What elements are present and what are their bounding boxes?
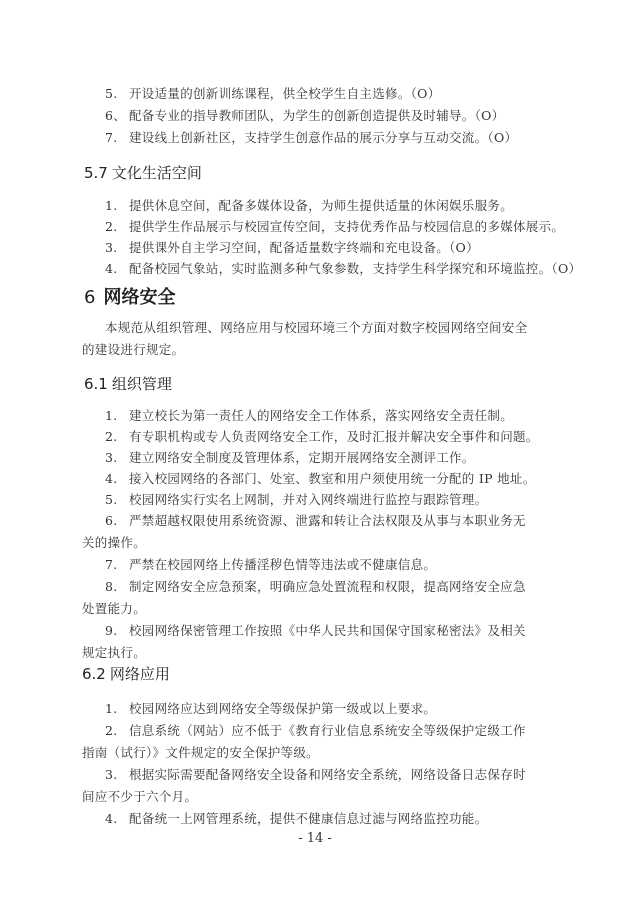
item-text: 严禁超越权限使用系统资源、泄露和转让合法权限及从事与本职业务无 <box>129 513 526 528</box>
chapter-title: 网络安全 <box>103 287 175 308</box>
list-item: 4.接入校园网络的各部门、处室、教室和用户须使用统一分配的 IP 地址。 <box>105 471 536 487</box>
item-text: 严禁在校园网络上传播淫秽色情等违法或不健康信息。 <box>129 557 436 572</box>
item-number: 1. <box>105 408 129 424</box>
list-item: 3.根据实际需要配备网络安全设备和网络安全系统，网络设备日志保存时 <box>105 767 526 783</box>
section-heading-5-7: 5.7文化生活空间 <box>84 164 202 182</box>
list-item: 2.有专职机构或专人负责网络安全工作，及时汇报并解决安全事件和问题。 <box>105 429 539 445</box>
item-number: 3. <box>105 450 129 466</box>
item-text: 配备统一上网管理系统，提供不健康信息过滤与网络监控功能。 <box>129 811 487 826</box>
item-number: 4. <box>105 811 129 827</box>
item-text: 建立校长为第一责任人的网络安全工作体系，落实网络安全责任制。 <box>129 408 513 423</box>
list-item-continuation: 间应不少于六个月。 <box>82 789 197 805</box>
section-number: 5.7 <box>84 164 108 182</box>
chapter-number: 6 <box>84 287 95 308</box>
list-item: 1.提供休息空间，配备多媒体设备，为师生提供适量的休闲娱乐服务。 <box>105 198 513 214</box>
list-item: 2.信息系统（网站）应不低于《教育行业信息系统安全等级保护定级工作 <box>105 723 526 739</box>
item-text: 开设适量的创新训练课程，供全校学生自主选修。（O） <box>129 86 441 101</box>
item-number: 3. <box>105 240 129 256</box>
list-item: 7.建设线上创新社区，支持学生创意作品的展示分享与互动交流。（O） <box>105 130 517 146</box>
item-number: 5. <box>105 86 129 102</box>
list-item: 6.严禁超越权限使用系统资源、泄露和转让合法权限及从事与本职业务无 <box>105 513 526 529</box>
item-text: 提供学生作品展示与校园宣传空间，支持优秀作品与校园信息的多媒体展示。 <box>129 219 564 234</box>
item-text: 提供课外自主学习空间，配备适量数字终端和充电设备。（O） <box>129 240 479 255</box>
list-item: 4.配备校园气象站，实时监测多种气象参数，支持学生科学探究和环境监控。（O） <box>105 261 581 277</box>
item-number: 4. <box>105 261 129 277</box>
section-heading-6-1: 6.1组织管理 <box>84 375 172 393</box>
section-title: 组织管理 <box>112 375 172 393</box>
section-number: 6.2 <box>82 665 106 683</box>
section-heading-6-2: 6.2网络应用 <box>82 665 170 683</box>
item-number: 9. <box>105 623 129 639</box>
item-number: 8. <box>105 579 129 595</box>
section-title: 网络应用 <box>110 665 170 683</box>
list-item: 5.校园网络实行实名上网制，并对入网终端进行监控与跟踪管理。 <box>105 492 487 508</box>
item-number: 3. <box>105 767 129 783</box>
item-text: 建设线上创新社区，支持学生创意作品的展示分享与互动交流。（O） <box>129 130 517 145</box>
item-number: 5. <box>105 492 129 508</box>
document-page: 5.开设适量的创新训练课程，供全校学生自主选修。（O） 6、配备专业的指导教师团… <box>0 0 630 900</box>
list-item: 5.开设适量的创新训练课程，供全校学生自主选修。（O） <box>105 86 441 102</box>
list-item-continuation: 指南（试行）》文件规定的安全保护等级。 <box>82 745 319 761</box>
item-text: 根据实际需要配备网络安全设备和网络安全系统，网络设备日志保存时 <box>129 767 526 782</box>
page-number: - 14 - <box>0 831 630 846</box>
item-text: 提供休息空间，配备多媒体设备，为师生提供适量的休闲娱乐服务。 <box>129 198 513 213</box>
item-number: 7. <box>105 557 129 573</box>
item-number: 2. <box>105 219 129 235</box>
item-number: 1. <box>105 198 129 214</box>
section-title: 文化生活空间 <box>112 164 202 182</box>
list-item: 1.建立校长为第一责任人的网络安全工作体系，落实网络安全责任制。 <box>105 408 513 424</box>
list-item: 1.校园网络应达到网络安全等级保护第一级或以上要求。 <box>105 701 436 717</box>
item-number: 6. <box>105 513 129 529</box>
chapter-intro-line-2: 的建设进行规定。 <box>82 342 184 358</box>
item-text: 校园网络应达到网络安全等级保护第一级或以上要求。 <box>129 701 436 716</box>
list-item-continuation: 关的操作。 <box>82 535 146 551</box>
list-item-continuation: 规定执行。 <box>82 645 146 661</box>
list-item: 9.校园网络保密管理工作按照《中华人民共和国保守国家秘密法》及相关 <box>105 623 526 639</box>
chapter-intro-line-1: 本规范从组织管理、网络应用与校园环境三个方面对数字校园网络空间安全 <box>105 320 527 336</box>
section-number: 6.1 <box>84 375 108 393</box>
item-number: 2. <box>105 429 129 445</box>
list-item: 3.建立网络安全制度及管理体系，定期开展网络安全测评工作。 <box>105 450 475 466</box>
item-text: 有专职机构或专人负责网络安全工作，及时汇报并解决安全事件和问题。 <box>129 429 539 444</box>
item-text: 校园网络保密管理工作按照《中华人民共和国保守国家秘密法》及相关 <box>129 623 526 638</box>
list-item: 3.提供课外自主学习空间，配备适量数字终端和充电设备。（O） <box>105 240 479 256</box>
list-item-continuation: 处置能力。 <box>82 601 146 617</box>
list-item: 4.配备统一上网管理系统，提供不健康信息过滤与网络监控功能。 <box>105 811 487 827</box>
item-text: 制定网络安全应急预案，明确应急处置流程和权限，提高网络安全应急 <box>129 579 526 594</box>
item-text: 接入校园网络的各部门、处室、教室和用户须使用统一分配的 IP 地址。 <box>129 471 536 486</box>
item-text: 配备专业的指导教师团队，为学生的创新创造提供及时辅导。（O） <box>129 108 505 123</box>
item-number: 4. <box>105 471 129 487</box>
item-text: 配备校园气象站，实时监测多种气象参数，支持学生科学探究和环境监控。（O） <box>129 261 581 276</box>
item-number: 7. <box>105 130 129 146</box>
list-item: 8.制定网络安全应急预案，明确应急处置流程和权限，提高网络安全应急 <box>105 579 526 595</box>
item-number: 1. <box>105 701 129 717</box>
list-item: 2.提供学生作品展示与校园宣传空间，支持优秀作品与校园信息的多媒体展示。 <box>105 219 564 235</box>
chapter-heading-6: 6网络安全 <box>84 287 175 309</box>
item-text: 建立网络安全制度及管理体系，定期开展网络安全测评工作。 <box>129 450 475 465</box>
list-item: 7.严禁在校园网络上传播淫秽色情等违法或不健康信息。 <box>105 557 436 573</box>
item-text: 信息系统（网站）应不低于《教育行业信息系统安全等级保护定级工作 <box>129 723 526 738</box>
item-text: 校园网络实行实名上网制，并对入网终端进行监控与跟踪管理。 <box>129 492 487 507</box>
item-number: 6、 <box>105 108 129 124</box>
item-number: 2. <box>105 723 129 739</box>
list-item: 6、配备专业的指导教师团队，为学生的创新创造提供及时辅导。（O） <box>105 108 505 124</box>
